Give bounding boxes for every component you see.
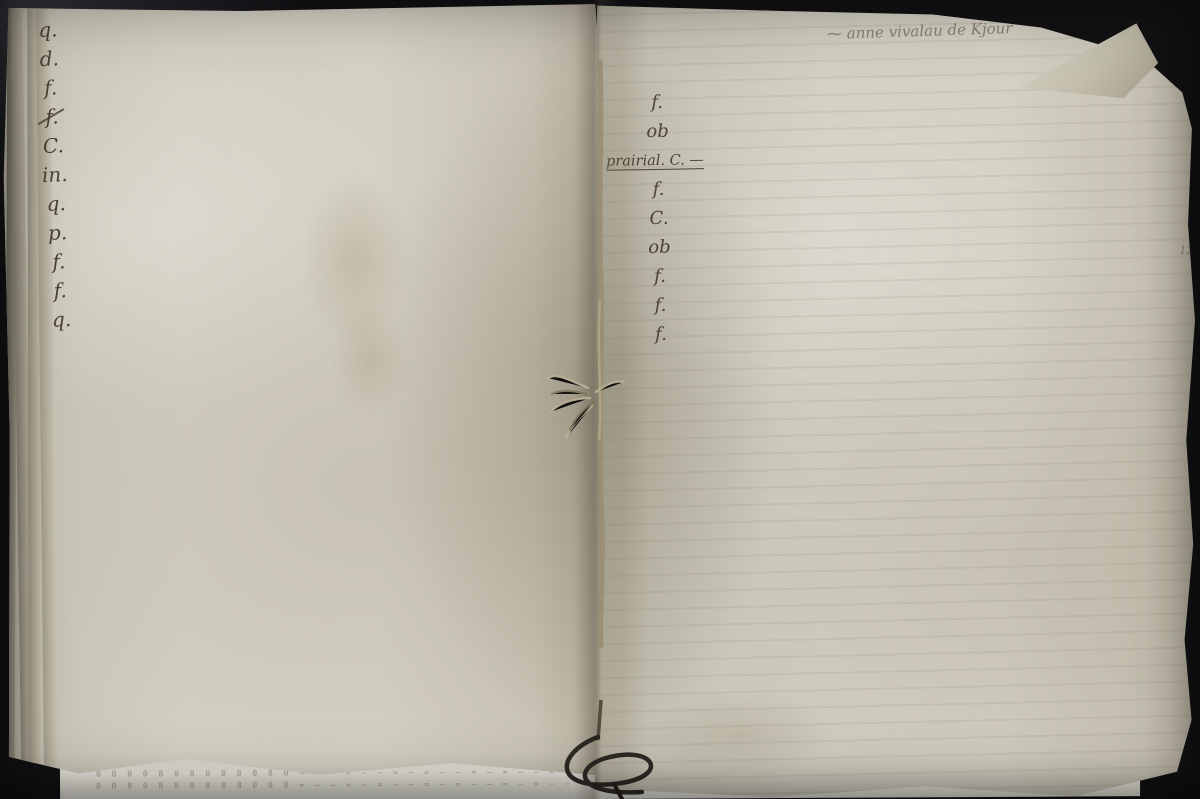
entry-margin-letter: in. (28, 162, 81, 186)
right-page-entries: f. ob prairial. C. — f. (635, 76, 1195, 353)
entry-margin-letter (635, 85, 679, 86)
entry-margin-letter: q. (21, 18, 74, 42)
entry-margin-letter: f. (24, 75, 77, 99)
entry-margin-letter: C. (637, 208, 681, 231)
register-entry: f. (639, 315, 1195, 346)
entry-lines (682, 257, 1194, 265)
entry-line (682, 286, 1194, 294)
entry-line (682, 286, 1194, 294)
entry-margin-letter: f. (32, 249, 85, 273)
entry-margin-letter: q. (30, 191, 83, 215)
entry-line (734, 140, 1192, 150)
entry-margin-letter: p. (31, 220, 84, 244)
entry-line (681, 228, 1193, 236)
entry-margin-letter: f. (638, 295, 682, 318)
entry-line (682, 258, 1194, 265)
entry-lines (679, 112, 1191, 120)
entry-line (680, 171, 1192, 178)
entry-lines (680, 170, 1192, 178)
entry-line (73, 0, 586, 18)
entry-line (681, 198, 1193, 209)
left-page-entries: q. d. f. f. C. (21, 0, 601, 339)
register-entry: f. (636, 170, 1192, 201)
entry-line (734, 140, 1192, 150)
register-entry: C. (637, 199, 1193, 230)
right-page: ⁓ anne vivalau de Kjour 12 f. ob prairia… (595, 0, 1197, 799)
register-entry: prairial. C. — (636, 141, 1192, 172)
entry-line (681, 198, 1193, 209)
entry-line (682, 258, 1194, 265)
entry-margin-letter: f. (25, 104, 78, 128)
entry-margin-letter: C. (27, 133, 80, 157)
register-entry: f. (638, 286, 1194, 317)
entry-line (682, 286, 1194, 294)
entry-margin-letter: ob (635, 121, 679, 144)
register-entry: ob (637, 228, 1193, 259)
entry-line (680, 171, 1192, 178)
entry-line (682, 286, 1194, 294)
register-entry: f. (638, 257, 1194, 288)
entry-lines (681, 199, 1193, 207)
entry-line (679, 112, 1191, 120)
entry-lines (681, 228, 1193, 236)
entry-line (682, 258, 1194, 265)
entry-line (681, 198, 1193, 209)
entry-lines (73, 0, 586, 18)
entry-line (734, 140, 1192, 150)
entry-line (681, 198, 1193, 209)
entry-lines (682, 286, 1194, 294)
entry-line (683, 314, 1195, 325)
entry-margin-letter: prairial. C. — (606, 149, 704, 173)
entry-margin-letter: f. (34, 278, 87, 302)
entry-lines (683, 315, 1195, 323)
entry-line (683, 314, 1195, 325)
entry-margin-letter: d. (23, 46, 76, 70)
entry-line (73, 0, 586, 18)
entry-margin-letter: q. (35, 307, 88, 331)
entry-margin-letter: f. (636, 179, 680, 202)
entry-line (680, 171, 1192, 178)
entry-line (681, 228, 1193, 236)
entry-lines (734, 141, 1192, 149)
register-entry: ob (635, 112, 1191, 143)
entry-margin-letter: ob (637, 237, 681, 260)
left-page: q. d. f. f. C. (1, 4, 606, 780)
entry-margin-letter: f. (635, 92, 679, 115)
entry-line (679, 112, 1191, 120)
entry-margin-letter: f. (638, 266, 682, 289)
entry-margin-letter: f. (639, 324, 683, 347)
faded-header-line: ⁓ anne vivalau de Kjour (827, 19, 1013, 43)
entry-line (681, 228, 1193, 236)
